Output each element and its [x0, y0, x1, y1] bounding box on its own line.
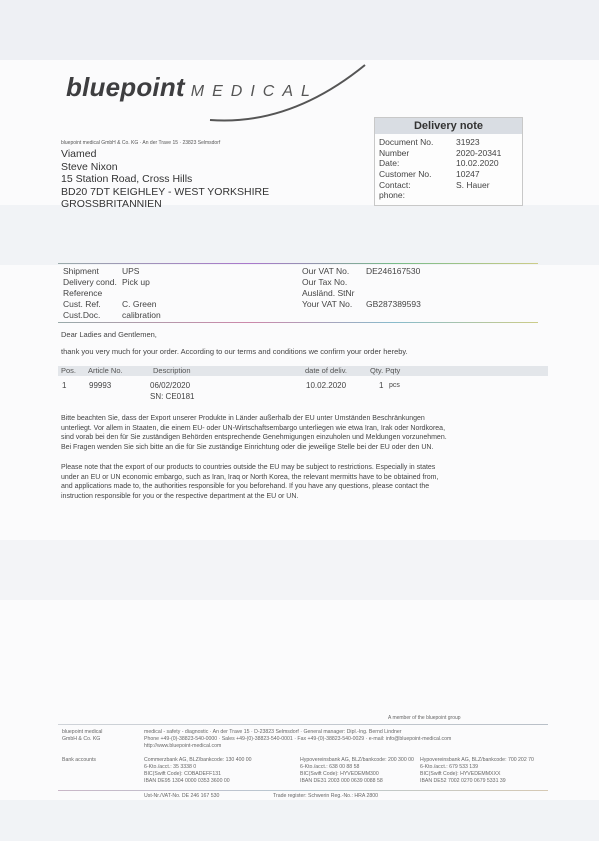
divider [58, 790, 548, 791]
row-date: 10.02.2020 [306, 381, 346, 391]
recipient-street: 15 Station Road, Cross Hills [61, 173, 269, 186]
row-article: 99993 [89, 381, 111, 391]
col-description: Description [153, 366, 191, 376]
bank-commerzbank: Commerzbank AG, BLZ/bankcode: 130 400 00… [144, 757, 252, 785]
divider [58, 724, 548, 725]
scan-band [0, 205, 599, 265]
bank-hypovereinsbank-1: Hypovereinsbank AG, BLZ/bankcode: 200 30… [300, 757, 414, 785]
delivery-cond-row: Delivery cond.Pick up [63, 277, 150, 288]
export-notice-german: Bitte beachten Sie, dass der Export unse… [61, 414, 531, 452]
date-row: Date:10.02.2020 [375, 158, 522, 169]
row-description: 06/02/2020 [150, 381, 190, 391]
scan-band [0, 0, 599, 60]
scan-band [0, 540, 599, 600]
row-pos: 1 [62, 381, 66, 391]
logo-swoosh-icon [200, 60, 370, 130]
col-article: Article No. [88, 366, 123, 376]
col-pos: Pos. [61, 366, 76, 376]
row-qty: 1 [379, 381, 383, 391]
divider [58, 322, 538, 323]
foreign-tax-row: Ausländ. StNr [302, 288, 366, 299]
intro-text: thank you very much for your order. Acco… [61, 347, 408, 356]
recipient-person: Steve Nixon [61, 161, 269, 174]
delivery-note-box: Delivery note Document No.31923 Number20… [374, 117, 523, 206]
divider [58, 263, 538, 264]
contact-row: Contact:S. Hauer [375, 180, 522, 191]
delivery-note-page: bluepointMEDICAL bluepoint medical GmbH … [0, 0, 599, 841]
bank-accounts-label: Bank accounts [62, 757, 96, 764]
footer-register: Trade register: Schwerin Reg.-No.: HRA 2… [273, 793, 378, 800]
scan-band [0, 800, 599, 841]
footer-company: bluepoint medical GmbH & Co. KG [62, 729, 102, 743]
recipient-city: BD20 7DT KEIGHLEY - WEST YORKSHIRE [61, 186, 269, 199]
row-serial: SN: CE0181 [150, 392, 194, 402]
sender-return-address: bluepoint medical GmbH & Co. KG · An der… [61, 140, 220, 146]
col-date: date of deliv. [305, 366, 347, 376]
bank-hypovereinsbank-2: Hypovereinsbank AG, BLZ/bankcode: 700 20… [420, 757, 534, 785]
greeting: Dear Ladies and Gentlemen, [61, 330, 157, 339]
export-notice-english: Please note that the export of our produ… [61, 463, 531, 501]
shipment-row: ShipmentUPS [63, 266, 139, 277]
items-table-header: Pos. Article No. Description date of del… [58, 366, 548, 376]
footer-vat: Ust-Nr./VAT-No. DE 246 167 530 [144, 793, 219, 800]
recipient-country: GROSSBRITANNIEN [61, 198, 269, 211]
phone-row: phone: [375, 190, 522, 201]
recipient-address: Viamed Steve Nixon 15 Station Road, Cros… [61, 148, 269, 211]
customer-number-row: Customer No.10247 [375, 169, 522, 180]
reference-row: Reference [63, 288, 122, 299]
delivery-note-title: Delivery note [375, 118, 522, 134]
recipient-company: Viamed [61, 148, 269, 161]
document-number-row: Document No.31923 [375, 137, 522, 148]
cust-doc-row: Cust.Doc.calibration [63, 310, 161, 321]
cust-ref-row: Cust. Ref.C. Green [63, 299, 157, 310]
row-unit: pcs [389, 381, 400, 391]
our-vat-row: Our VAT No.DE246167530 [302, 266, 420, 277]
col-qty: Qty. Pqty [370, 366, 400, 376]
group-membership: A member of the bluepoint group [388, 715, 461, 721]
your-vat-row: Your VAT No.GB287389593 [302, 299, 421, 310]
footer-contact: medical - safety - diagnostic · An der T… [144, 729, 451, 750]
website-link[interactable]: http://www.bluepoint-medical.com [144, 743, 451, 750]
logo-wordmark-bold: bluepoint [66, 72, 185, 102]
number-row: Number2020-20341 [375, 148, 522, 159]
our-tax-row: Our Tax No. [302, 277, 366, 288]
